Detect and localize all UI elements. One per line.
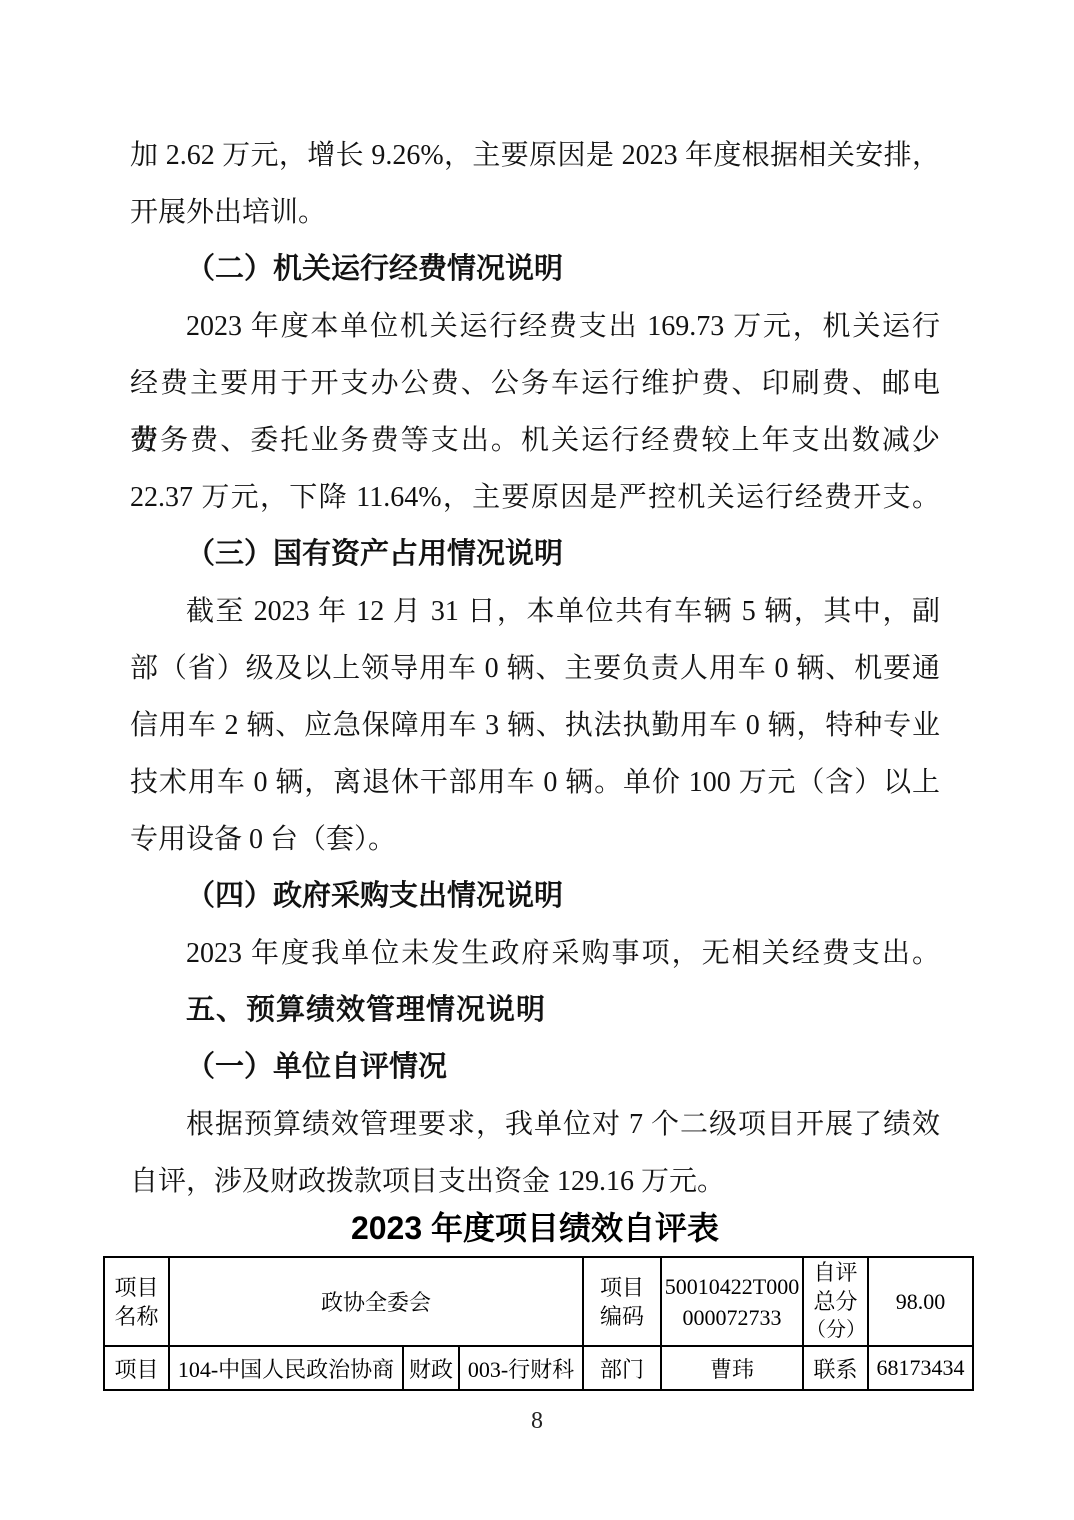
paragraph-line: 技术用车 0 辆，离退休干部用车 0 辆。单价 100 万元（含）以上 [130, 754, 940, 811]
page-number: 8 [0, 1408, 1074, 1435]
paragraph-line: 部（省）级及以上领导用车 0 辆、主要负责人用车 0 辆、机要通 [130, 640, 940, 697]
cell-org-value: 104-中国人民政治协商 [169, 1346, 403, 1390]
cell-contact-name: 曹玮 [661, 1346, 803, 1390]
cell-project-code-label: 项目 编码 [583, 1257, 661, 1346]
paragraph-line: 截至 2023 年 12 月 31 日，本单位共有车辆 5 辆，其中，副 [130, 583, 940, 640]
label-line: 总分 [806, 1287, 865, 1316]
label-line: （分） [806, 1316, 865, 1345]
cell-project-code-value: 50010422T000 000072733 [661, 1257, 803, 1346]
paragraph-line: 专用设备 0 台（套）。 [130, 811, 940, 868]
label-line: 编码 [586, 1302, 658, 1331]
paragraph-line: 经费主要用于开支办公费、公务车运行维护费、印刷费、邮电费、 [130, 355, 940, 412]
cell-contact-phone: 68173434 [868, 1346, 973, 1390]
paragraph-line: 自评，涉及财政拨款项目支出资金 129.16 万元。 [130, 1153, 940, 1210]
paragraph-line: 加 2.62 万元，增长 9.26%，主要原因是 2023 年度根据相关安排， [130, 127, 940, 184]
section-heading-4: （四）政府采购支出情况说明 [130, 868, 940, 925]
paragraph-line: 劳务费、委托业务费等支出。机关运行经费较上年支出数减少 [130, 412, 940, 469]
section-heading-3: （三）国有资产占用情况说明 [130, 526, 940, 583]
paragraph-line: 信用车 2 辆、应急保障用车 3 辆、执法执勤用车 0 辆，特种专业 [130, 697, 940, 754]
subsection-heading-1: （一）单位自评情况 [130, 1039, 940, 1096]
label-line: 项目 [586, 1273, 658, 1302]
chapter-heading-5: 五、预算绩效管理情况说明 [130, 982, 940, 1039]
paragraph-line: 2023 年度本单位机关运行经费支出 169.73 万元，机关运行 [130, 298, 940, 355]
label-line: 项目 [107, 1273, 166, 1302]
table-title: 2023 年度项目绩效自评表 [130, 1204, 940, 1252]
cell-self-score-label: 自评 总分 （分） [803, 1257, 868, 1346]
cell-self-score-value: 98.00 [868, 1257, 973, 1346]
paragraph-line: 根据预算绩效管理要求，我单位对 7 个二级项目开展了绩效 [130, 1096, 940, 1153]
cell-project-label: 项目 [104, 1346, 169, 1390]
paragraph-line: 开展外出培训。 [130, 184, 940, 241]
code-line: 50010422T000 [664, 1271, 800, 1302]
label-line: 名称 [107, 1302, 166, 1331]
paragraph-line: 2023 年度我单位未发生政府采购事项，无相关经费支出。 [130, 925, 940, 982]
cell-project-name-value: 政协全委会 [169, 1257, 583, 1346]
document-page: 加 2.62 万元，增长 9.26%，主要原因是 2023 年度根据相关安排， … [0, 0, 1074, 1520]
table-detail-row: 项目 104-中国人民政治协商 财政 003-行财科 部门 曹玮 联系 6817… [104, 1346, 973, 1390]
cell-finance-label: 财政 [403, 1346, 459, 1390]
cell-project-name-label: 项目 名称 [104, 1257, 169, 1346]
performance-self-assessment-table: 项目 名称 政协全委会 项目 编码 50010422T000 000072733… [103, 1256, 974, 1391]
cell-department-label: 部门 [583, 1346, 661, 1390]
paragraph-line: 22.37 万元，下降 11.64%，主要原因是严控机关运行经费开支。 [130, 469, 940, 526]
code-line: 000072733 [664, 1302, 800, 1333]
document-body: 加 2.62 万元，增长 9.26%，主要原因是 2023 年度根据相关安排， … [130, 127, 940, 1210]
cell-contact-label: 联系 [803, 1346, 868, 1390]
cell-section-value: 003-行财科 [459, 1346, 583, 1390]
table-header-row: 项目 名称 政协全委会 项目 编码 50010422T000 000072733… [104, 1257, 973, 1346]
section-heading-2: （二）机关运行经费情况说明 [130, 241, 940, 298]
label-line: 自评 [806, 1258, 865, 1287]
